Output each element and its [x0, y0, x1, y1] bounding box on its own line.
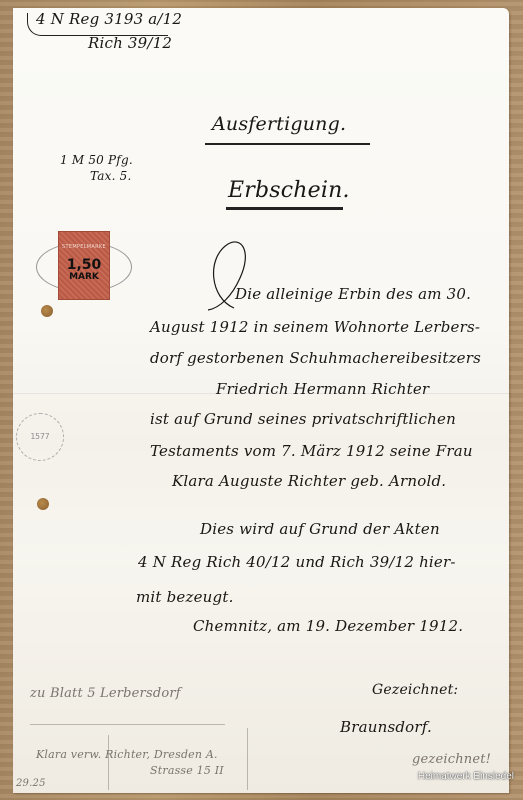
reference-line-2: Rich 39/12 — [88, 34, 172, 52]
faint-registry-stamp: 1577 — [16, 413, 64, 461]
fee-note-line-2: Tax. 5. — [90, 169, 131, 183]
revenue-stamp: STEMPELMARKE 1,50 MARK — [58, 231, 110, 300]
title-erbschein: Erbschein. — [228, 178, 350, 203]
pencil-divider — [30, 724, 225, 725]
fee-note-line-1: 1 M 50 Pfg. — [60, 153, 133, 167]
body-line-1: Die alleinige Erbin des am 30. — [235, 285, 471, 303]
body-line-2: August 1912 in seinem Wohnorte Lerbers- — [150, 318, 480, 336]
body-line-3: dorf gestorbenen Schuhmachereibesitzers — [150, 349, 481, 367]
pencil-box-left — [108, 735, 109, 790]
body-line-6: Testaments vom 7. März 1912 seine Frau — [150, 442, 473, 460]
punch-hole-bottom — [37, 498, 49, 510]
watermark: Heimatwerk Einsiedel — [418, 771, 514, 782]
pencil-box-right — [247, 728, 248, 790]
signature-name: Braunsdorf. — [340, 718, 432, 736]
body-line-7: Klara Auguste Richter geb. Arnold. — [172, 472, 446, 490]
attestation-line-3: mit bezeugt. — [136, 588, 234, 606]
heading-ausfertigung: Ausfertigung. — [212, 113, 346, 135]
pencil-address-line-1: Klara verw. Richter, Dresden A. — [36, 748, 218, 761]
body-line-5: ist auf Grund seines privatschriftlichen — [150, 410, 456, 428]
stamp-unit: MARK — [59, 272, 109, 282]
stamp-value: 1,50 — [59, 258, 109, 272]
attestation-line-1: Dies wird auf Grund der Akten — [200, 520, 440, 538]
punch-hole-top — [41, 305, 53, 317]
pencil-note-top: zu Blatt 5 Lerbersdorf — [30, 686, 181, 701]
attestation-line-2: 4 N Reg Rich 40/12 und Rich 39/12 hier- — [138, 553, 456, 571]
body-line-4: Friedrich Hermann Richter — [216, 380, 429, 398]
pencil-corner-number: 29.25 — [16, 778, 46, 789]
initial-flourish-icon — [200, 238, 260, 318]
title-underline — [226, 207, 343, 210]
pencil-address-line-2: Strasse 15 II — [150, 764, 224, 777]
stamp-label: STEMPELMARKE — [59, 244, 109, 250]
heading-underline — [205, 143, 370, 145]
place-date: Chemnitz, am 19. Dezember 1912. — [193, 617, 463, 635]
signature-note: gezeichnet! — [412, 752, 491, 767]
signature-line-1: Gezeichnet: — [372, 682, 458, 698]
reference-line-1: 4 N Reg 3193 a/12 — [36, 10, 182, 28]
